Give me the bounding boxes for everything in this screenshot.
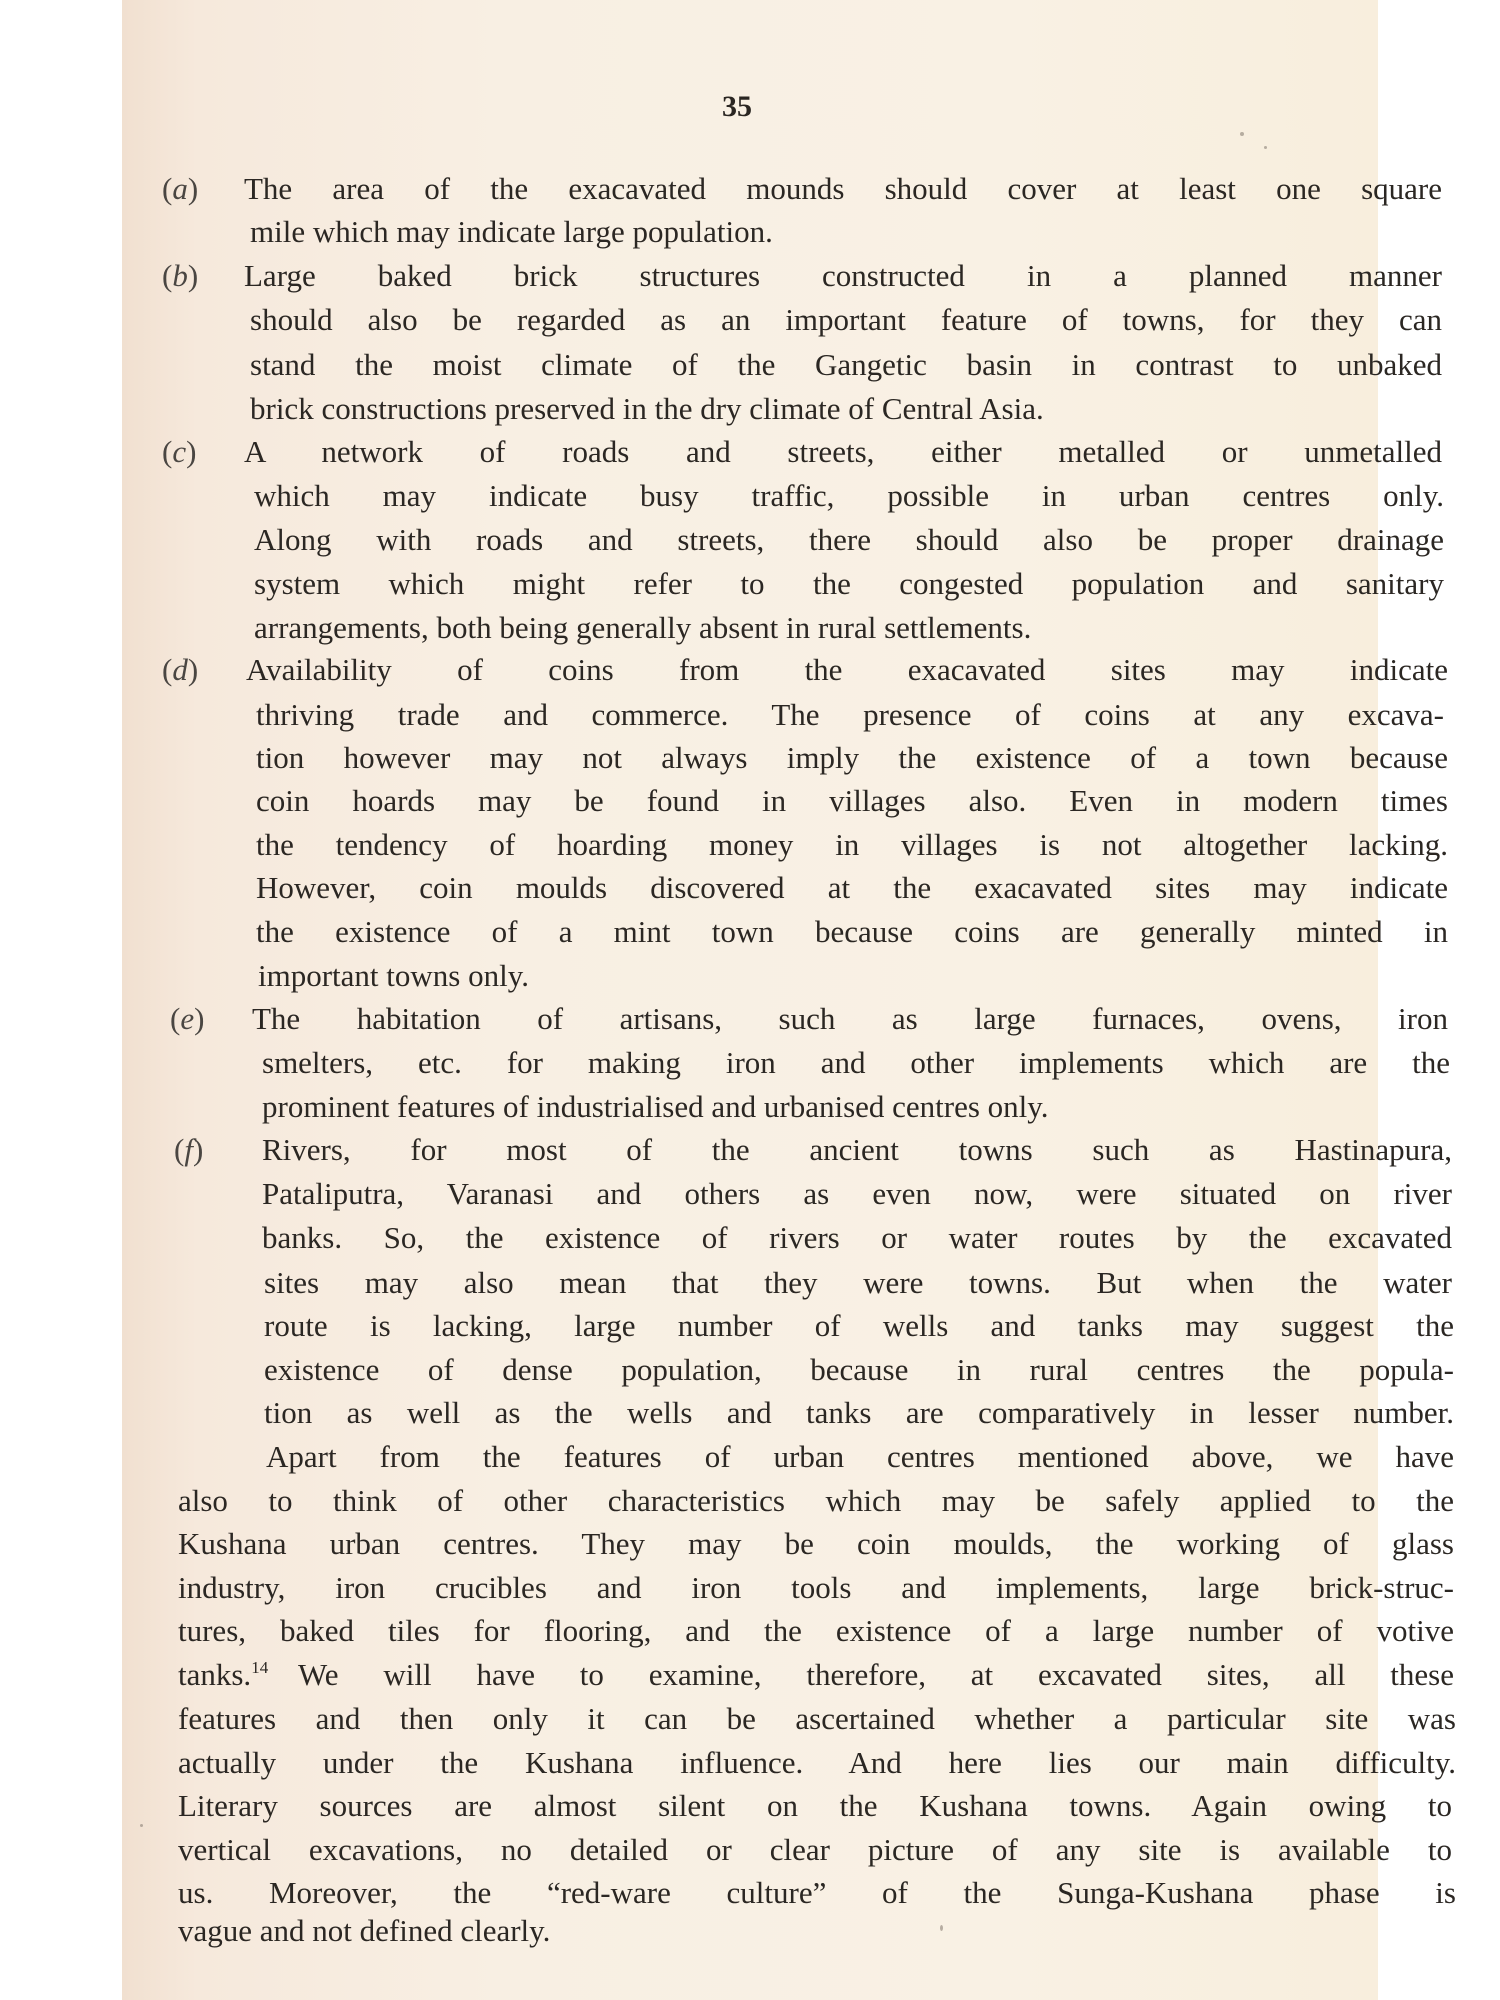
list-item-b-line-3: stand the moist climate of the Gangetic …: [250, 345, 1442, 385]
paragraph-line-11: us. Moreover, the “red-ware culture” of …: [178, 1873, 1456, 1913]
list-item-d-line-8: important towns only.: [258, 956, 1448, 996]
list-item-d-line-6: However, coin moulds discovered at the e…: [256, 868, 1448, 908]
list-item-d-line-7: the existence of a mint town because coi…: [256, 912, 1448, 952]
list-item-f-line-2: Pataliputra, Varanasi and others as even…: [262, 1174, 1452, 1214]
list-item-e-line-1: The habitation of artisans, such as larg…: [252, 999, 1448, 1039]
list-marker-c: (c): [162, 432, 196, 472]
list-item-f-line-4: sites may also mean that they were towns…: [264, 1263, 1452, 1303]
paper-speck: [940, 1925, 943, 1931]
paragraph-line-9: Literary sources are almost silent on th…: [178, 1786, 1452, 1826]
list-item-a-line-2: mile which may indicate large population…: [250, 212, 1440, 252]
list-marker-e: (e): [170, 999, 204, 1039]
list-item-c-line-5: arrangements, both being generally absen…: [254, 608, 1444, 648]
list-marker-d: (d): [162, 650, 198, 690]
list-item-d-line-4: coin hoards may be found in villages als…: [256, 781, 1448, 821]
list-item-b-line-2: should also be regarded as an important …: [250, 300, 1442, 340]
list-item-f-line-1: Rivers, for most of the ancient towns su…: [262, 1130, 1452, 1170]
list-marker-a: (a): [162, 169, 198, 209]
paper-speck: [140, 1824, 143, 1827]
list-marker-b: (b): [162, 256, 198, 296]
list-item-a-line-1: The area of the exacavated mounds should…: [244, 169, 1442, 209]
list-item-d-line-2: thriving trade and commerce. The presenc…: [256, 695, 1444, 735]
list-item-b-line-1: Large baked brick structures constructed…: [244, 256, 1442, 296]
paragraph-line-5: tures, baked tiles for flooring, and the…: [178, 1611, 1454, 1651]
list-item-f-line-6: existence of dense population, because i…: [264, 1350, 1454, 1390]
paragraph-line-10: vertical excavations, no detailed or cle…: [178, 1830, 1452, 1870]
list-item-f-line-3: banks. So, the existence of rivers or wa…: [262, 1218, 1452, 1258]
list-item-e-line-2: smelters, etc. for making iron and other…: [262, 1043, 1450, 1083]
paper-speck: [1240, 132, 1244, 136]
paragraph-line-3: Kushana urban centres. They may be coin …: [178, 1524, 1454, 1564]
list-item-d-line-3: tion however may not always imply the ex…: [256, 738, 1448, 778]
list-item-f-line-7: tion as well as the wells and tanks are …: [264, 1393, 1454, 1433]
paper-speck: [1264, 146, 1267, 149]
list-item-c-line-3: Along with roads and streets, there shou…: [254, 520, 1444, 560]
paragraph-line-2: also to think of other characteristics w…: [178, 1481, 1454, 1521]
paragraph-line-8: actually under the Kushana influence. An…: [178, 1743, 1456, 1783]
list-item-d-line-1: Availability of coins from the exacavate…: [246, 650, 1448, 690]
list-item-c-line-1: A network of roads and streets, either m…: [244, 432, 1442, 472]
list-item-e-line-3: prominent features of industrialised and…: [262, 1087, 1450, 1127]
paragraph-line-1: Apart from the features of urban centres…: [266, 1437, 1454, 1477]
paragraph-line-7: features and then only it can be ascerta…: [178, 1699, 1456, 1739]
footnote-reference[interactable]: 14: [251, 1658, 268, 1677]
paragraph-line-12: vague and not defined clearly.: [178, 1911, 1378, 1951]
list-item-d-line-5: the tendency of hoarding money in villag…: [256, 825, 1448, 865]
list-item-f-line-5: route is lacking, large number of wells …: [264, 1306, 1454, 1346]
list-marker-f: (f): [174, 1130, 203, 1170]
book-page: 35 (a) The area of the exacavated mounds…: [122, 0, 1378, 2000]
paragraph-line-4: industry, iron crucibles and iron tools …: [178, 1568, 1454, 1608]
list-item-c-line-4: system which might refer to the congeste…: [254, 564, 1444, 604]
paragraph-line-6-rest: We will have to examine, therefore, at e…: [298, 1655, 1454, 1695]
page-number: 35: [122, 90, 1352, 124]
list-item-c-line-2: which may indicate busy traffic, possibl…: [254, 476, 1444, 516]
list-item-b-line-4: brick constructions preserved in the dry…: [250, 389, 1442, 429]
paragraph-line-6-start: tanks.: [178, 1657, 251, 1692]
